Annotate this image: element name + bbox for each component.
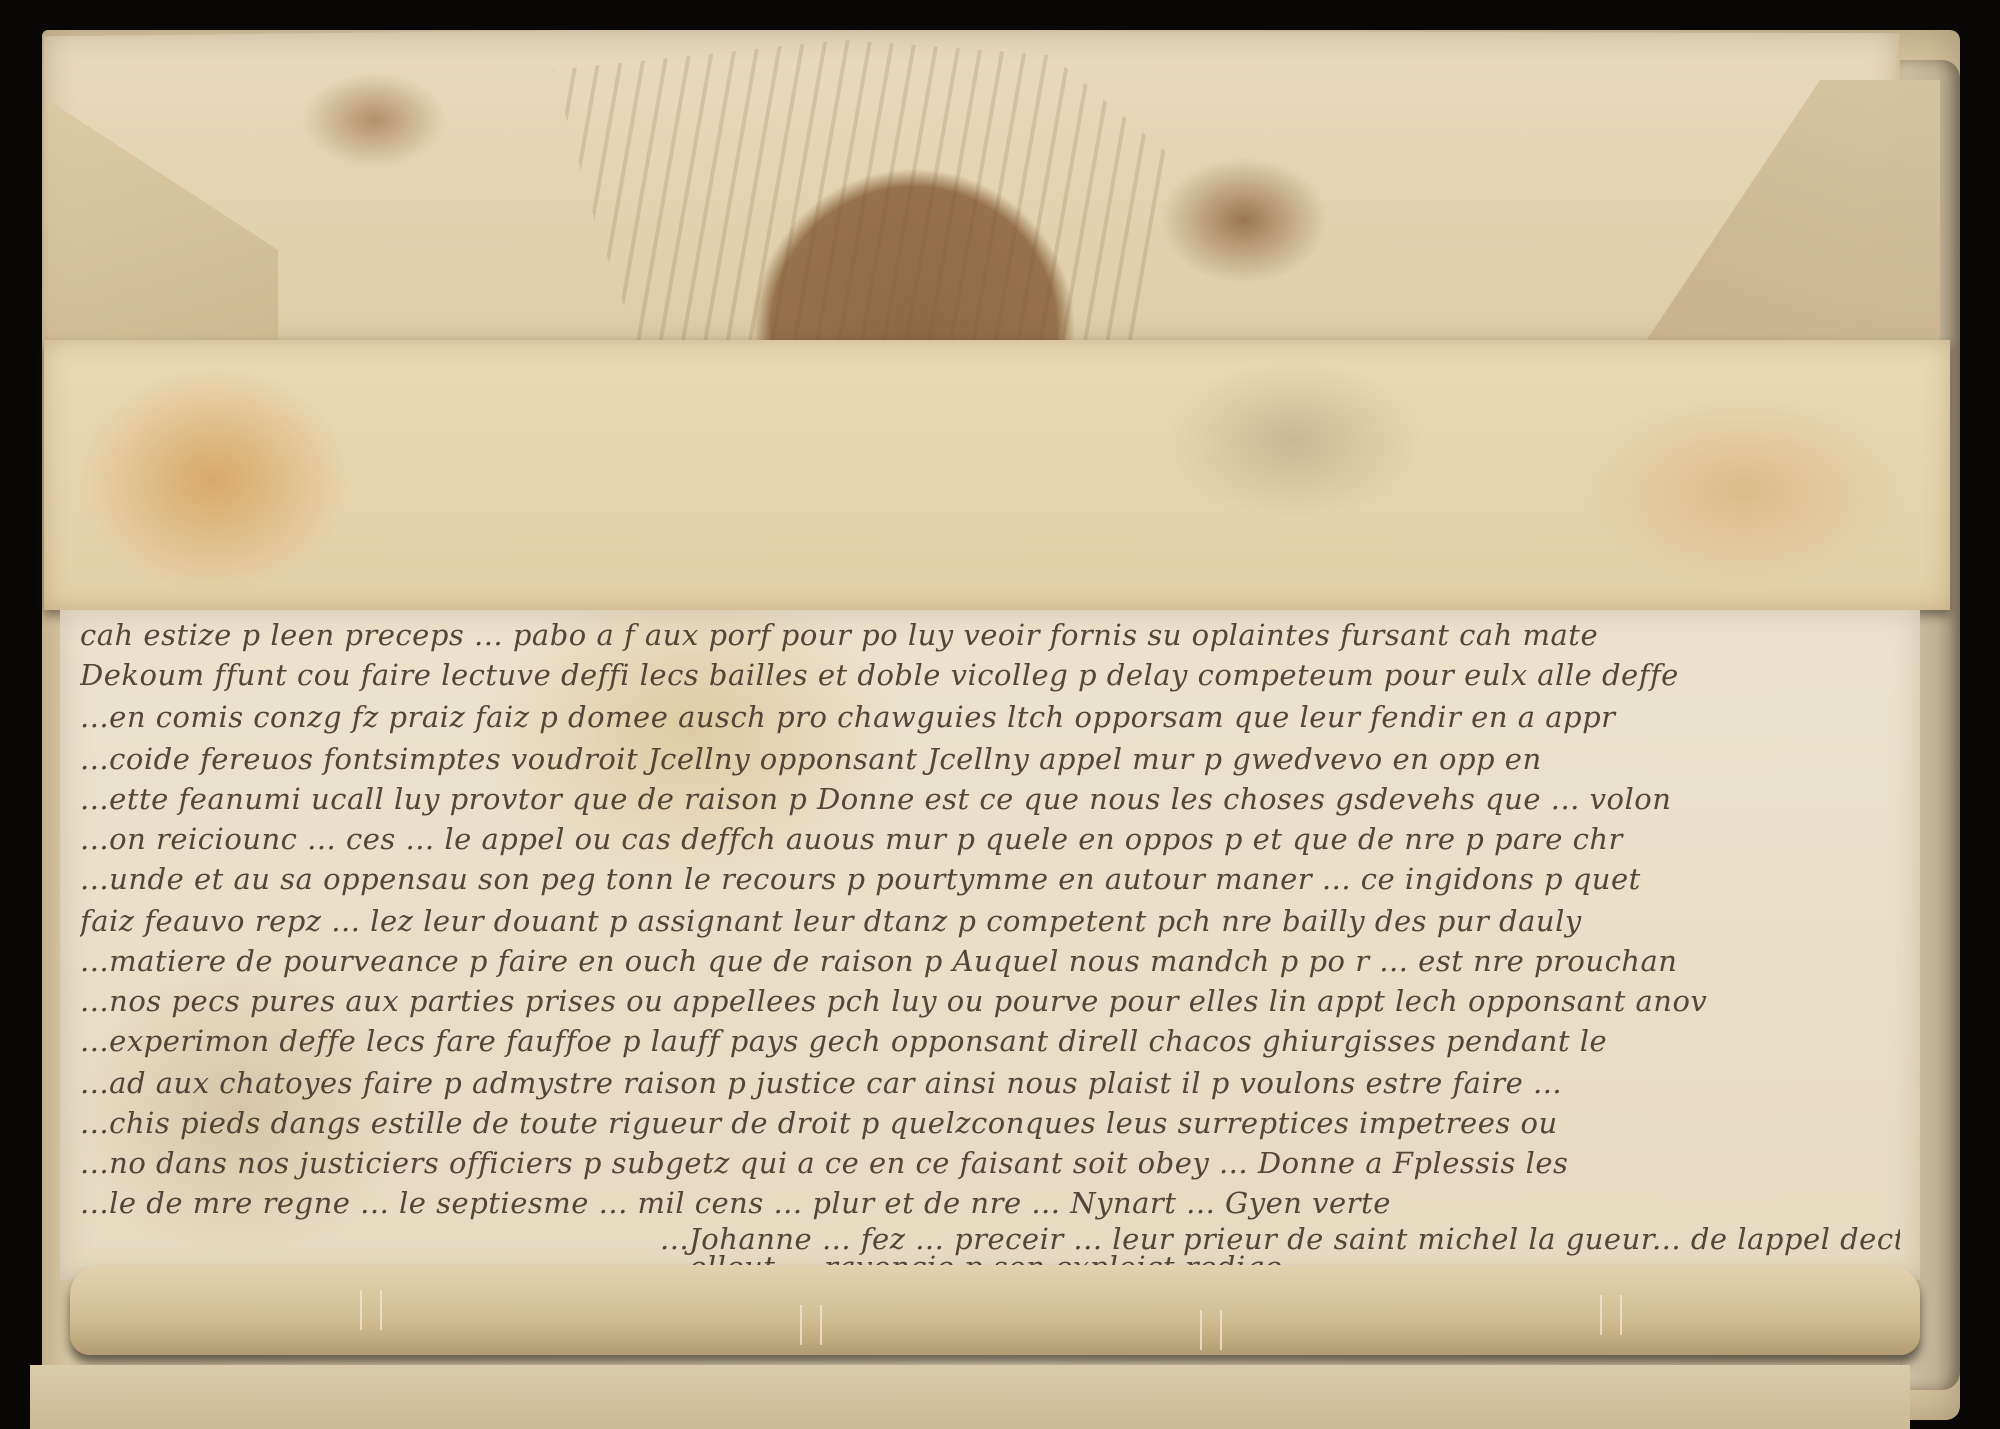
text-line: faiz feauvo repz ... lez leur douant p a… [80,904,1900,938]
manuscript-scan: cah estize p leen preceps ... pabo a f a… [0,0,2000,1429]
text-line: cah estize p leen preceps ... pabo a f a… [80,618,1900,652]
folded-band [44,340,1950,610]
text-line: ...en comis conzg fz praiz faiz p domee … [80,700,1900,734]
thread-tie [1600,1295,1622,1335]
text-line: ...experimon deffe lecs fare fauffoe p l… [80,1024,1900,1058]
text-line: ...nos pecs pures aux parties prises ou … [80,984,1900,1018]
thread-tie [1200,1310,1222,1350]
text-line: ...unde et au sa oppensau son peg tonn l… [80,862,1900,896]
text-line: Dekoum ffunt cou faire lectuve deffi lec… [80,658,1900,692]
underlying-sheet [30,1365,1910,1429]
text-sheet: cah estize p leen preceps ... pabo a f a… [60,610,1920,1280]
text-line: ...on reiciounc ... ces ... le appel ou … [80,822,1900,856]
text-line: ...ette feanumi ucall luy provtor que de… [80,782,1900,816]
text-line: ...no dans nos justiciers officiers p su… [80,1146,1900,1180]
text-line: ...ad aux chatoyes faire p admystre rais… [80,1066,1900,1100]
text-line: ...coide fereuos fontsimptes voudroit Jc… [80,742,1900,776]
text-line: ...le de mre regne ... le septiesme ... … [80,1186,1900,1220]
thread-tie [360,1290,382,1330]
text-line: ...chis pieds dangs estille de toute rig… [80,1106,1900,1140]
text-line: ...matiere de pourveance p faire en ouch… [80,944,1900,978]
rolled-bottom-edge [70,1265,1920,1355]
thread-tie [800,1305,822,1345]
